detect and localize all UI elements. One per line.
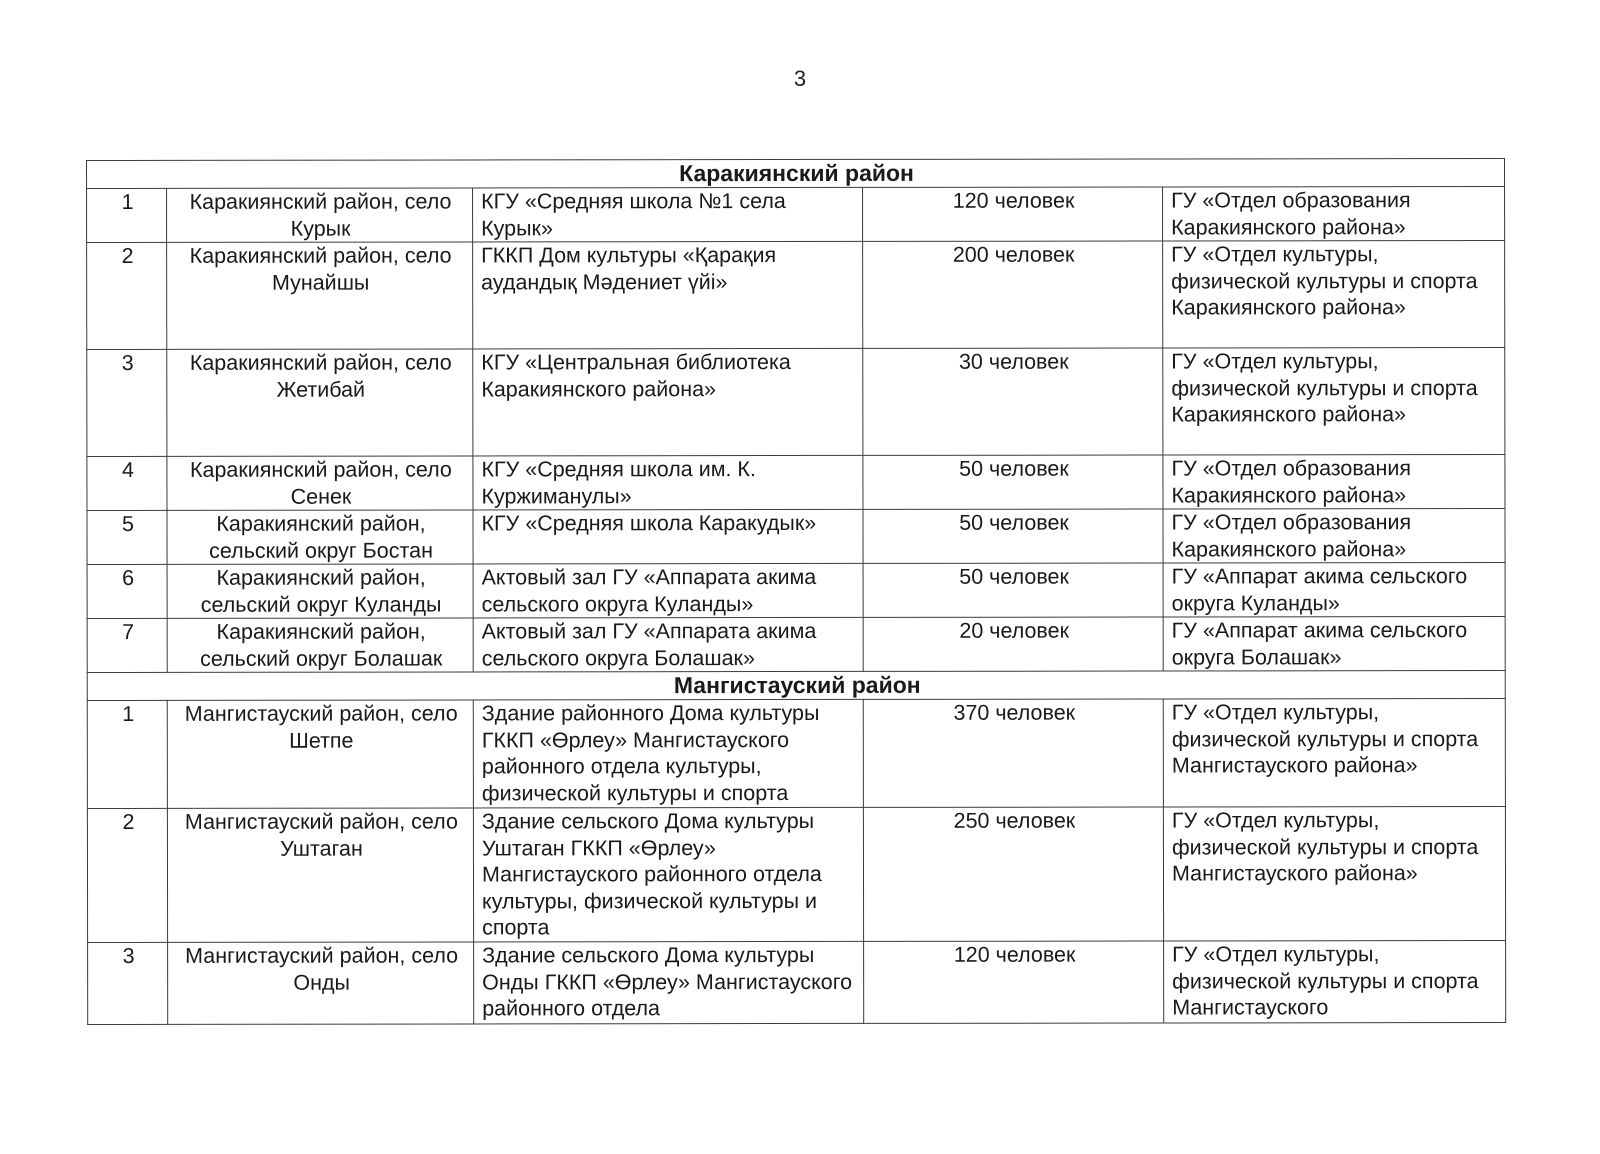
location-cell: Мангистауский район, село Онды (168, 942, 474, 1024)
table-row: 2 Мангистауский район, село Уштаган Здан… (87, 807, 1505, 943)
capacity-cell: 50 человек (863, 509, 1163, 563)
table-row: 3 Мангистауский район, село Онды Здание … (88, 941, 1506, 1025)
capacity-cell: 120 человек (864, 941, 1164, 1023)
district-header-row: Каракиянский район (87, 159, 1505, 189)
table-row: 1 Каракиянский район, село Курык КГУ «Ср… (87, 187, 1505, 243)
organization-cell: ГУ «Аппарат акима сельского округа Кулан… (1163, 563, 1505, 617)
district-heading: Мангистауский район (87, 671, 1505, 701)
row-number: 2 (87, 808, 167, 942)
table-row: 1 Мангистауский район, село Шетпе Здание… (87, 699, 1505, 809)
district-header-row: Мангистауский район (87, 671, 1505, 701)
table-body: Каракиянский район 1 Каракиянский район,… (87, 159, 1506, 1025)
table-row: 6 Каракиянский район, сельский округ Кул… (87, 563, 1505, 619)
row-number: 3 (88, 942, 168, 1024)
row-number: 1 (87, 700, 167, 808)
capacity-cell: 250 человек (863, 807, 1163, 941)
venue-cell: ГККП Дом культуры «Қарақия аудандық Мәде… (473, 241, 863, 349)
location-cell: Каракиянский район, сельский округ Кулан… (167, 564, 473, 618)
capacity-cell: 370 человек (863, 699, 1163, 807)
table-row: 4 Каракиянский район, село Сенек КГУ «Ср… (87, 455, 1505, 511)
venue-cell: КГУ «Центральная библиотека Каракиянског… (473, 348, 863, 456)
table-row: 5 Каракиянский район, сельский округ Бос… (87, 509, 1505, 565)
row-number: 3 (87, 349, 167, 456)
location-cell: Каракиянский район, село Мунайшы (167, 242, 473, 349)
location-cell: Каракиянский район, сельский округ Боста… (167, 510, 473, 564)
venues-table: Каракиянский район 1 Каракиянский район,… (86, 158, 1506, 1025)
organization-cell: ГУ «Отдел культуры, физической культуры … (1163, 241, 1505, 348)
location-cell: Каракиянский район, село Курык (167, 188, 473, 242)
venue-cell: Здание сельского Дома культуры Уштаган Г… (473, 807, 863, 942)
organization-cell: ГУ «Отдел образования Каракиянского райо… (1163, 455, 1505, 509)
venue-cell: КГУ «Средняя школа №1 села Курык» (473, 187, 863, 242)
venue-cell: Здание районного Дома культуры ГККП «Өрл… (473, 699, 863, 808)
organization-cell: ГУ «Отдел образования Каракиянского райо… (1163, 509, 1505, 563)
location-cell: Каракиянский район, село Сенек (167, 456, 473, 510)
table-row: 3 Каракиянский район, село Жетибай КГУ «… (87, 348, 1505, 457)
capacity-cell: 30 человек (863, 348, 1163, 455)
location-cell: Мангистауский район, село Шетпе (167, 700, 473, 808)
row-number: 4 (87, 456, 167, 510)
venue-cell: КГУ «Средняя школа им. К. Куржиманулы» (473, 455, 863, 510)
organization-cell: ГУ «Отдел культуры, физической культуры … (1164, 941, 1506, 1023)
organization-cell: ГУ «Отдел культуры, физической культуры … (1163, 807, 1505, 941)
row-number: 6 (87, 564, 167, 618)
table-row: 2 Каракиянский район, село Мунайшы ГККП … (87, 241, 1505, 350)
row-number: 5 (87, 510, 167, 564)
row-number: 7 (87, 618, 167, 672)
district-heading: Каракиянский район (87, 159, 1505, 189)
row-number: 2 (87, 242, 167, 349)
capacity-cell: 50 человек (863, 563, 1163, 617)
organization-cell: ГУ «Аппарат акима сельского округа Болаш… (1163, 617, 1505, 671)
capacity-cell: 20 человек (863, 617, 1163, 671)
venue-cell: Здание сельского Дома культуры Онды ГККП… (474, 941, 864, 1024)
page-number: 3 (0, 66, 1600, 92)
location-cell: Каракиянский район, сельский округ Болаш… (167, 618, 473, 672)
capacity-cell: 50 человек (863, 455, 1163, 509)
venue-cell: Актовый зал ГУ «Аппарата акима сельского… (473, 617, 863, 672)
organization-cell: ГУ «Отдел культуры, физической культуры … (1163, 699, 1505, 807)
location-cell: Мангистауский район, село Уштаган (167, 808, 473, 942)
location-cell: Каракиянский район, село Жетибай (167, 349, 473, 456)
venue-cell: Актовый зал ГУ «Аппарата акима сельского… (473, 563, 863, 618)
capacity-cell: 120 человек (863, 187, 1163, 241)
organization-cell: ГУ «Отдел образования Каракиянского райо… (1163, 187, 1505, 241)
capacity-cell: 200 человек (863, 241, 1163, 348)
document-sheet: Каракиянский район 1 Каракиянский район,… (86, 158, 1505, 1025)
row-number: 1 (87, 188, 167, 242)
organization-cell: ГУ «Отдел культуры, физической культуры … (1163, 348, 1505, 455)
venue-cell: КГУ «Средняя школа Каракудык» (473, 509, 863, 564)
table-row: 7 Каракиянский район, сельский округ Бол… (87, 617, 1505, 673)
